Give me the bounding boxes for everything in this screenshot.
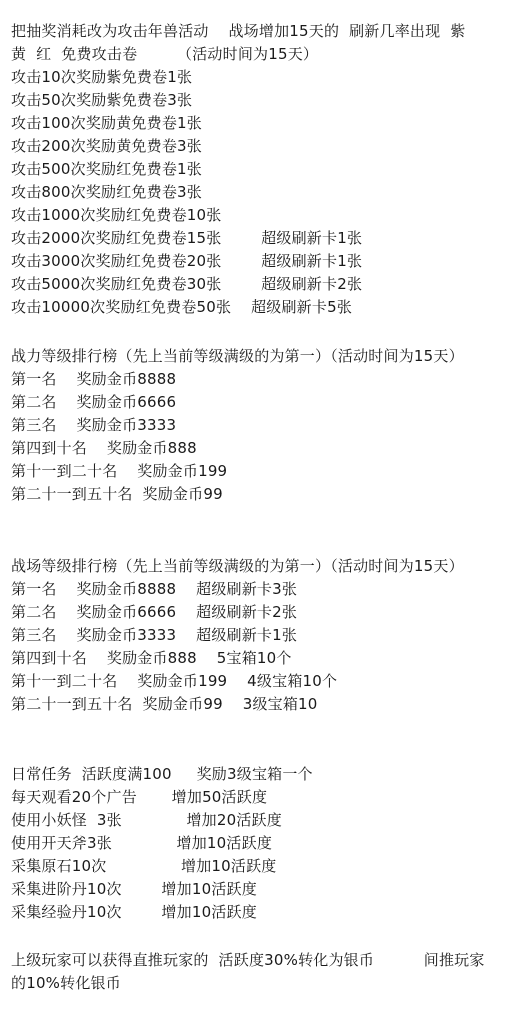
intro-line-1: 把抽奖消耗改为攻击年兽活动 战场增加15天的 刷新几率出现 紫 — [11, 21, 465, 41]
power-ranking-row: 第十一到二十名 奖励金币199 — [11, 461, 227, 481]
power-ranking-row: 第三名 奖励金币3333 — [11, 415, 176, 435]
battlefield-ranking-row: 第二名 奖励金币6666 超级刷新卡2张 — [11, 602, 297, 622]
power-ranking-row: 第四到十名 奖励金币888 — [11, 438, 197, 458]
attack-reward-row: 攻击800次奖励红免费卷3张 — [11, 182, 202, 202]
referral-line-2: 的10%转化银币 — [11, 973, 121, 993]
daily-task-row: 每天观看20个广告 增加50活跃度 — [11, 787, 267, 807]
battlefield-ranking-row: 第一名 奖励金币8888 超级刷新卡3张 — [11, 579, 297, 599]
referral-line-1: 上级玩家可以获得直推玩家的 活跃度30%转化为银币 间推玩家 — [11, 950, 485, 970]
power-ranking-row: 第一名 奖励金币8888 — [11, 369, 176, 389]
attack-reward-row: 攻击3000次奖励红免费卷20张 超级刷新卡1张 — [11, 251, 362, 271]
battlefield-ranking-row: 第十一到二十名 奖励金币199 4级宝箱10个 — [11, 671, 337, 691]
daily-task-row: 采集原石10次 增加10活跃度 — [11, 856, 277, 876]
daily-task-row: 采集进阶丹10次 增加10活跃度 — [11, 879, 257, 899]
battlefield-ranking-row: 第三名 奖励金币3333 超级刷新卡1张 — [11, 625, 297, 645]
power-ranking-row: 第二十一到五十名 奖励金币99 — [11, 484, 223, 504]
attack-reward-row: 攻击1000次奖励红免费卷10张 — [11, 205, 221, 225]
battlefield-ranking-row: 第四到十名 奖励金币888 5宝箱10个 — [11, 648, 292, 668]
battlefield-ranking-title: 战场等级排行榜（先上当前等级满级的为第一）（活动时间为15天） — [11, 556, 464, 576]
attack-reward-row: 攻击2000次奖励红免费卷15张 超级刷新卡1张 — [11, 228, 362, 248]
attack-reward-row: 攻击500次奖励红免费卷1张 — [11, 159, 202, 179]
battlefield-ranking-row: 第二十一到五十名 奖励金币99 3级宝箱10 — [11, 694, 318, 714]
attack-reward-row: 攻击5000次奖励红免费卷30张 超级刷新卡2张 — [11, 274, 362, 294]
intro-line-2: 黄 红 免费攻击卷 （活动时间为15天） — [11, 44, 318, 64]
daily-tasks-title: 日常任务 活跃度满100 奖励3级宝箱一个 — [11, 764, 313, 784]
power-ranking-title: 战力等级排行榜（先上当前等级满级的为第一）（活动时间为15天） — [11, 346, 464, 366]
daily-task-row: 采集经验丹10次 增加10活跃度 — [11, 902, 257, 922]
attack-reward-row: 攻击200次奖励黄免费卷3张 — [11, 136, 202, 156]
daily-task-row: 使用小妖怪 3张 增加20活跃度 — [11, 810, 282, 830]
power-ranking-row: 第二名 奖励金币6666 — [11, 392, 176, 412]
attack-reward-row: 攻击100次奖励黄免费卷1张 — [11, 113, 202, 133]
attack-reward-row: 攻击10次奖励紫免费卷1张 — [11, 67, 192, 87]
attack-reward-row: 攻击10000次奖励红免费卷50张 超级刷新卡5张 — [11, 297, 352, 317]
attack-reward-row: 攻击50次奖励紫免费卷3张 — [11, 90, 192, 110]
daily-task-row: 使用开天斧3张 增加10活跃度 — [11, 833, 272, 853]
